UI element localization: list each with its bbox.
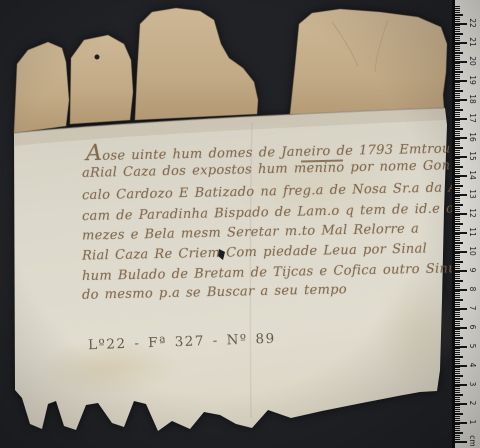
ruler-tick <box>455 129 460 130</box>
ruler-tick <box>455 188 460 189</box>
ruler-tick <box>455 186 460 187</box>
ruler-tick <box>455 435 460 436</box>
ruler-number-label: 14 <box>467 168 477 182</box>
ruler-tick <box>455 266 460 267</box>
ruler-tick <box>455 131 460 132</box>
ruler-tick <box>455 376 460 377</box>
ruler-tick <box>455 262 460 263</box>
ruler-tick <box>455 439 460 440</box>
ruler-tick <box>455 291 460 292</box>
ruler-tick <box>455 236 460 237</box>
ruler-tick <box>455 270 467 272</box>
ruler-tick <box>455 361 460 362</box>
ruler-number-label: 8 <box>467 282 477 296</box>
ruler-tick <box>455 103 460 104</box>
ruler-tick <box>455 124 460 125</box>
ruler-tick <box>455 84 460 85</box>
ruler-tick <box>455 116 460 117</box>
ruler-tick <box>455 238 460 239</box>
ruler-tick <box>455 78 460 79</box>
ruler-tick <box>455 76 460 77</box>
ruler-tick <box>455 395 460 396</box>
ruler-tick <box>455 219 460 220</box>
ruler-tick <box>455 36 460 37</box>
ruler-tick <box>455 399 460 400</box>
ruler-tick <box>455 382 460 383</box>
ruler-tick <box>455 247 460 248</box>
ruler-tick <box>455 243 460 244</box>
ruler-tick <box>455 321 460 322</box>
ruler-tick <box>455 346 467 348</box>
ruler-tick <box>455 42 467 44</box>
ruler-tick <box>455 145 460 146</box>
ruler-tick <box>455 380 460 381</box>
ruler-number-label: 16 <box>467 130 477 144</box>
ruler-ticks: cm12345678910111213141516171819202122 <box>452 0 480 448</box>
ruler-number-label: 7 <box>467 301 477 315</box>
ruler-tick <box>455 112 460 113</box>
ruler-tick <box>455 388 460 389</box>
ruler-number-label: 22 <box>467 16 477 30</box>
ruler-number-label: 10 <box>467 244 477 258</box>
ruler-tick <box>455 367 460 368</box>
ruler-tick <box>455 403 467 405</box>
ruler-tick <box>455 306 460 307</box>
ruler-tick <box>455 354 460 355</box>
ruler-tick <box>455 428 460 429</box>
ruler-tick <box>455 40 460 41</box>
ruler-tick <box>455 397 460 398</box>
ruler-number-label: 5 <box>467 339 477 353</box>
ruler-tick <box>455 416 460 417</box>
ruler-tick <box>455 411 460 412</box>
ruler-tick <box>455 433 460 434</box>
ruler-tick <box>455 99 467 101</box>
ruler-tick <box>455 386 460 387</box>
ruler-tick <box>455 126 460 127</box>
ruler-tick <box>455 335 460 336</box>
ruler-tick <box>455 378 460 379</box>
ruler-tick <box>455 200 460 201</box>
ruler-tick <box>455 183 460 184</box>
ruler-tick <box>455 344 460 345</box>
ruler-tick <box>455 304 460 305</box>
ruler-tick <box>455 69 460 70</box>
ruler-tick <box>455 29 460 30</box>
ruler-tick <box>455 38 460 39</box>
ruler-tick <box>455 160 460 161</box>
ruler-tick <box>455 67 460 68</box>
ruler-tick <box>455 65 460 66</box>
ruler-tick <box>455 255 460 256</box>
ruler-tick <box>455 281 460 282</box>
ruler-tick <box>455 234 460 235</box>
ruler-number-label: 3 <box>467 377 477 391</box>
ruler-tick <box>455 114 460 115</box>
ruler-tick <box>455 12 460 13</box>
ruler-number-label: 19 <box>467 73 477 87</box>
photo-stage: Aose uinte hum domes de Janeiro de 1793 … <box>0 0 480 448</box>
ruler-tick <box>455 325 460 326</box>
ruler-tick <box>455 213 467 215</box>
ruler-tick <box>455 232 467 234</box>
ruler-tick <box>455 169 460 170</box>
ruler-tick <box>455 314 460 315</box>
ruler-tick <box>455 405 460 406</box>
ruler-number-label: 9 <box>467 263 477 277</box>
paper-hole <box>95 55 100 60</box>
ruler-tick <box>455 278 460 279</box>
ruler-tick <box>455 226 460 227</box>
ruler-tick <box>455 95 460 96</box>
ruler-tick <box>455 10 460 11</box>
ruler-tick <box>455 175 467 177</box>
ruler-tick <box>455 27 460 28</box>
ruler-tick <box>455 401 460 402</box>
ruler-tick <box>455 46 460 47</box>
ruler-tick <box>455 205 460 206</box>
ruler-tick <box>455 308 467 310</box>
ruler-tick <box>455 25 460 26</box>
ruler-tick <box>455 426 460 427</box>
ruler-tick <box>455 148 460 149</box>
ruler-tick <box>455 63 460 64</box>
paper-stain <box>373 275 457 385</box>
ruler-tick <box>455 249 460 250</box>
ruler-tick <box>455 300 460 301</box>
ruler-tick <box>455 424 460 425</box>
ruler-tick <box>455 110 460 111</box>
ruler-tick <box>455 285 460 286</box>
ruler-tick <box>455 122 460 123</box>
ruler-tick <box>455 390 460 391</box>
ruler-tick <box>455 135 460 136</box>
ruler-tick <box>455 289 467 291</box>
ruler-tick <box>455 6 460 7</box>
ruler-tick <box>455 167 460 168</box>
ruler-tick <box>455 17 460 18</box>
ruler-tick <box>455 23 467 25</box>
ruler-tick <box>455 192 460 193</box>
ruler-tick <box>455 293 460 294</box>
ruler-tick <box>455 154 460 155</box>
ruler-tick <box>455 181 460 182</box>
ruler-tick <box>455 297 460 298</box>
ruler-tick <box>455 19 460 20</box>
ruler-tick <box>455 177 460 178</box>
ruler-tick <box>455 158 460 159</box>
ruler-tick <box>455 259 460 260</box>
ruler-tick <box>455 61 467 63</box>
ruler-tick <box>455 107 460 108</box>
ruler-tick <box>455 194 467 196</box>
ruler-tick <box>455 363 460 364</box>
ruler-tick <box>455 141 460 142</box>
ruler-tick <box>455 190 460 191</box>
ruler-tick <box>455 240 460 241</box>
ruler-tick <box>455 302 460 303</box>
ruler-number-label: 1 <box>467 415 477 429</box>
ruler-tick <box>455 350 460 351</box>
ruler-tick <box>455 202 460 203</box>
ruler-tick <box>455 139 460 140</box>
ruler-tick <box>455 150 460 151</box>
ruler-tick <box>455 245 460 246</box>
ruler-tick <box>455 137 467 139</box>
ruler-tick <box>455 34 460 35</box>
ruler-tick <box>455 283 460 284</box>
ruler-tick <box>455 257 460 258</box>
ruler-tick <box>455 441 467 443</box>
ruler-tick <box>455 230 460 231</box>
ruler-tick <box>455 264 460 265</box>
ruler-tick <box>455 209 460 210</box>
ruler-tick <box>455 392 460 393</box>
ruler-tick <box>455 331 460 332</box>
ruler-tick <box>455 120 460 121</box>
ruler-tick <box>455 72 460 73</box>
ruler: cm12345678910111213141516171819202122 <box>452 0 480 448</box>
ruler-tick <box>455 97 460 98</box>
ruler-number-label: 13 <box>467 187 477 201</box>
ruler-number-label: 12 <box>467 206 477 220</box>
ruler-tick <box>455 171 460 172</box>
ruler-tick <box>455 384 467 386</box>
ruler-tick <box>455 276 460 277</box>
ruler-tick <box>455 91 460 92</box>
ruler-tick <box>455 179 460 180</box>
ruler-tick <box>455 414 460 415</box>
ruler-tick <box>455 348 460 349</box>
ruler-tick <box>455 228 460 229</box>
ruler-tick <box>455 74 460 75</box>
ruler-tick <box>455 173 460 174</box>
ruler-tick <box>455 272 460 273</box>
ruler-tick <box>455 420 460 421</box>
ruler-tick <box>455 373 460 374</box>
ruler-tick <box>455 437 460 438</box>
ruler-tick <box>455 53 460 54</box>
ruler-tick <box>455 86 460 87</box>
ruler-tick <box>455 323 460 324</box>
ruler-number-label: 11 <box>467 225 477 239</box>
ruler-tick <box>455 162 460 163</box>
ruler-tick <box>455 217 460 218</box>
ruler-tick <box>455 101 460 102</box>
ruler-tick <box>455 143 460 144</box>
ruler-tick <box>455 152 460 153</box>
ruler-number-label: cm <box>467 434 477 448</box>
ruler-tick <box>455 207 460 208</box>
ruler-tick <box>455 93 460 94</box>
ruler-tick <box>455 310 460 311</box>
ruler-number-label: 4 <box>467 358 477 372</box>
ruler-tick <box>455 295 460 296</box>
ruler-tick <box>455 88 460 89</box>
ruler-tick <box>455 55 460 56</box>
ruler-number-label: 21 <box>467 35 477 49</box>
ruler-number-label: 20 <box>467 54 477 68</box>
ruler-number-label: 15 <box>467 149 477 163</box>
ruler-tick <box>455 365 467 367</box>
ruler-tick <box>455 253 460 254</box>
ruler-tick <box>455 371 460 372</box>
ruler-tick <box>455 316 460 317</box>
ruler-tick <box>455 319 460 320</box>
ruler-tick <box>455 198 460 199</box>
ruler-tick <box>455 59 460 60</box>
ruler-tick <box>455 312 460 313</box>
ruler-tick <box>455 430 460 431</box>
ruler-tick <box>455 31 460 32</box>
ruler-tick <box>455 118 467 120</box>
ruler-tick <box>455 357 460 358</box>
ruler-tick <box>455 215 460 216</box>
ruler-tick <box>455 21 460 22</box>
ruler-tick <box>455 329 460 330</box>
ruler-tick <box>455 48 460 49</box>
ruler-number-label: 17 <box>467 111 477 125</box>
ruler-tick <box>455 50 460 51</box>
ruler-tick <box>455 327 467 329</box>
ruler-number-label: 6 <box>467 320 477 334</box>
ruler-tick <box>455 80 467 82</box>
ruler-tick <box>455 422 467 424</box>
ruler-tick <box>455 418 460 419</box>
ruler-tick <box>455 287 460 288</box>
ruler-tick <box>455 57 460 58</box>
ruler-tick <box>455 342 460 343</box>
ruler-tick <box>455 221 460 222</box>
ruler-tick <box>455 133 460 134</box>
ruler-number-label: 18 <box>467 92 477 106</box>
ruler-tick <box>455 409 460 410</box>
ruler-tick <box>455 15 460 16</box>
ruler-tick <box>455 340 460 341</box>
ruler-tick <box>455 211 460 212</box>
ruler-tick <box>455 407 460 408</box>
ruler-tick <box>455 268 460 269</box>
ruler-number-label: 2 <box>467 396 477 410</box>
ruler-tick <box>455 369 460 370</box>
ruler-tick <box>455 251 467 253</box>
ruler-tick <box>455 352 460 353</box>
ruler-tick <box>455 44 460 45</box>
ruler-tick <box>455 359 460 360</box>
ruler-tick <box>455 8 460 9</box>
ruler-tick <box>455 82 460 83</box>
ruler-tick <box>455 196 460 197</box>
ruler-tick <box>455 156 467 158</box>
ruler-tick <box>455 333 460 334</box>
ruler-tick <box>455 164 460 165</box>
ruler-tick <box>455 224 460 225</box>
ruler-tick <box>455 105 460 106</box>
ruler-tick <box>455 338 460 339</box>
ruler-tick <box>455 274 460 275</box>
